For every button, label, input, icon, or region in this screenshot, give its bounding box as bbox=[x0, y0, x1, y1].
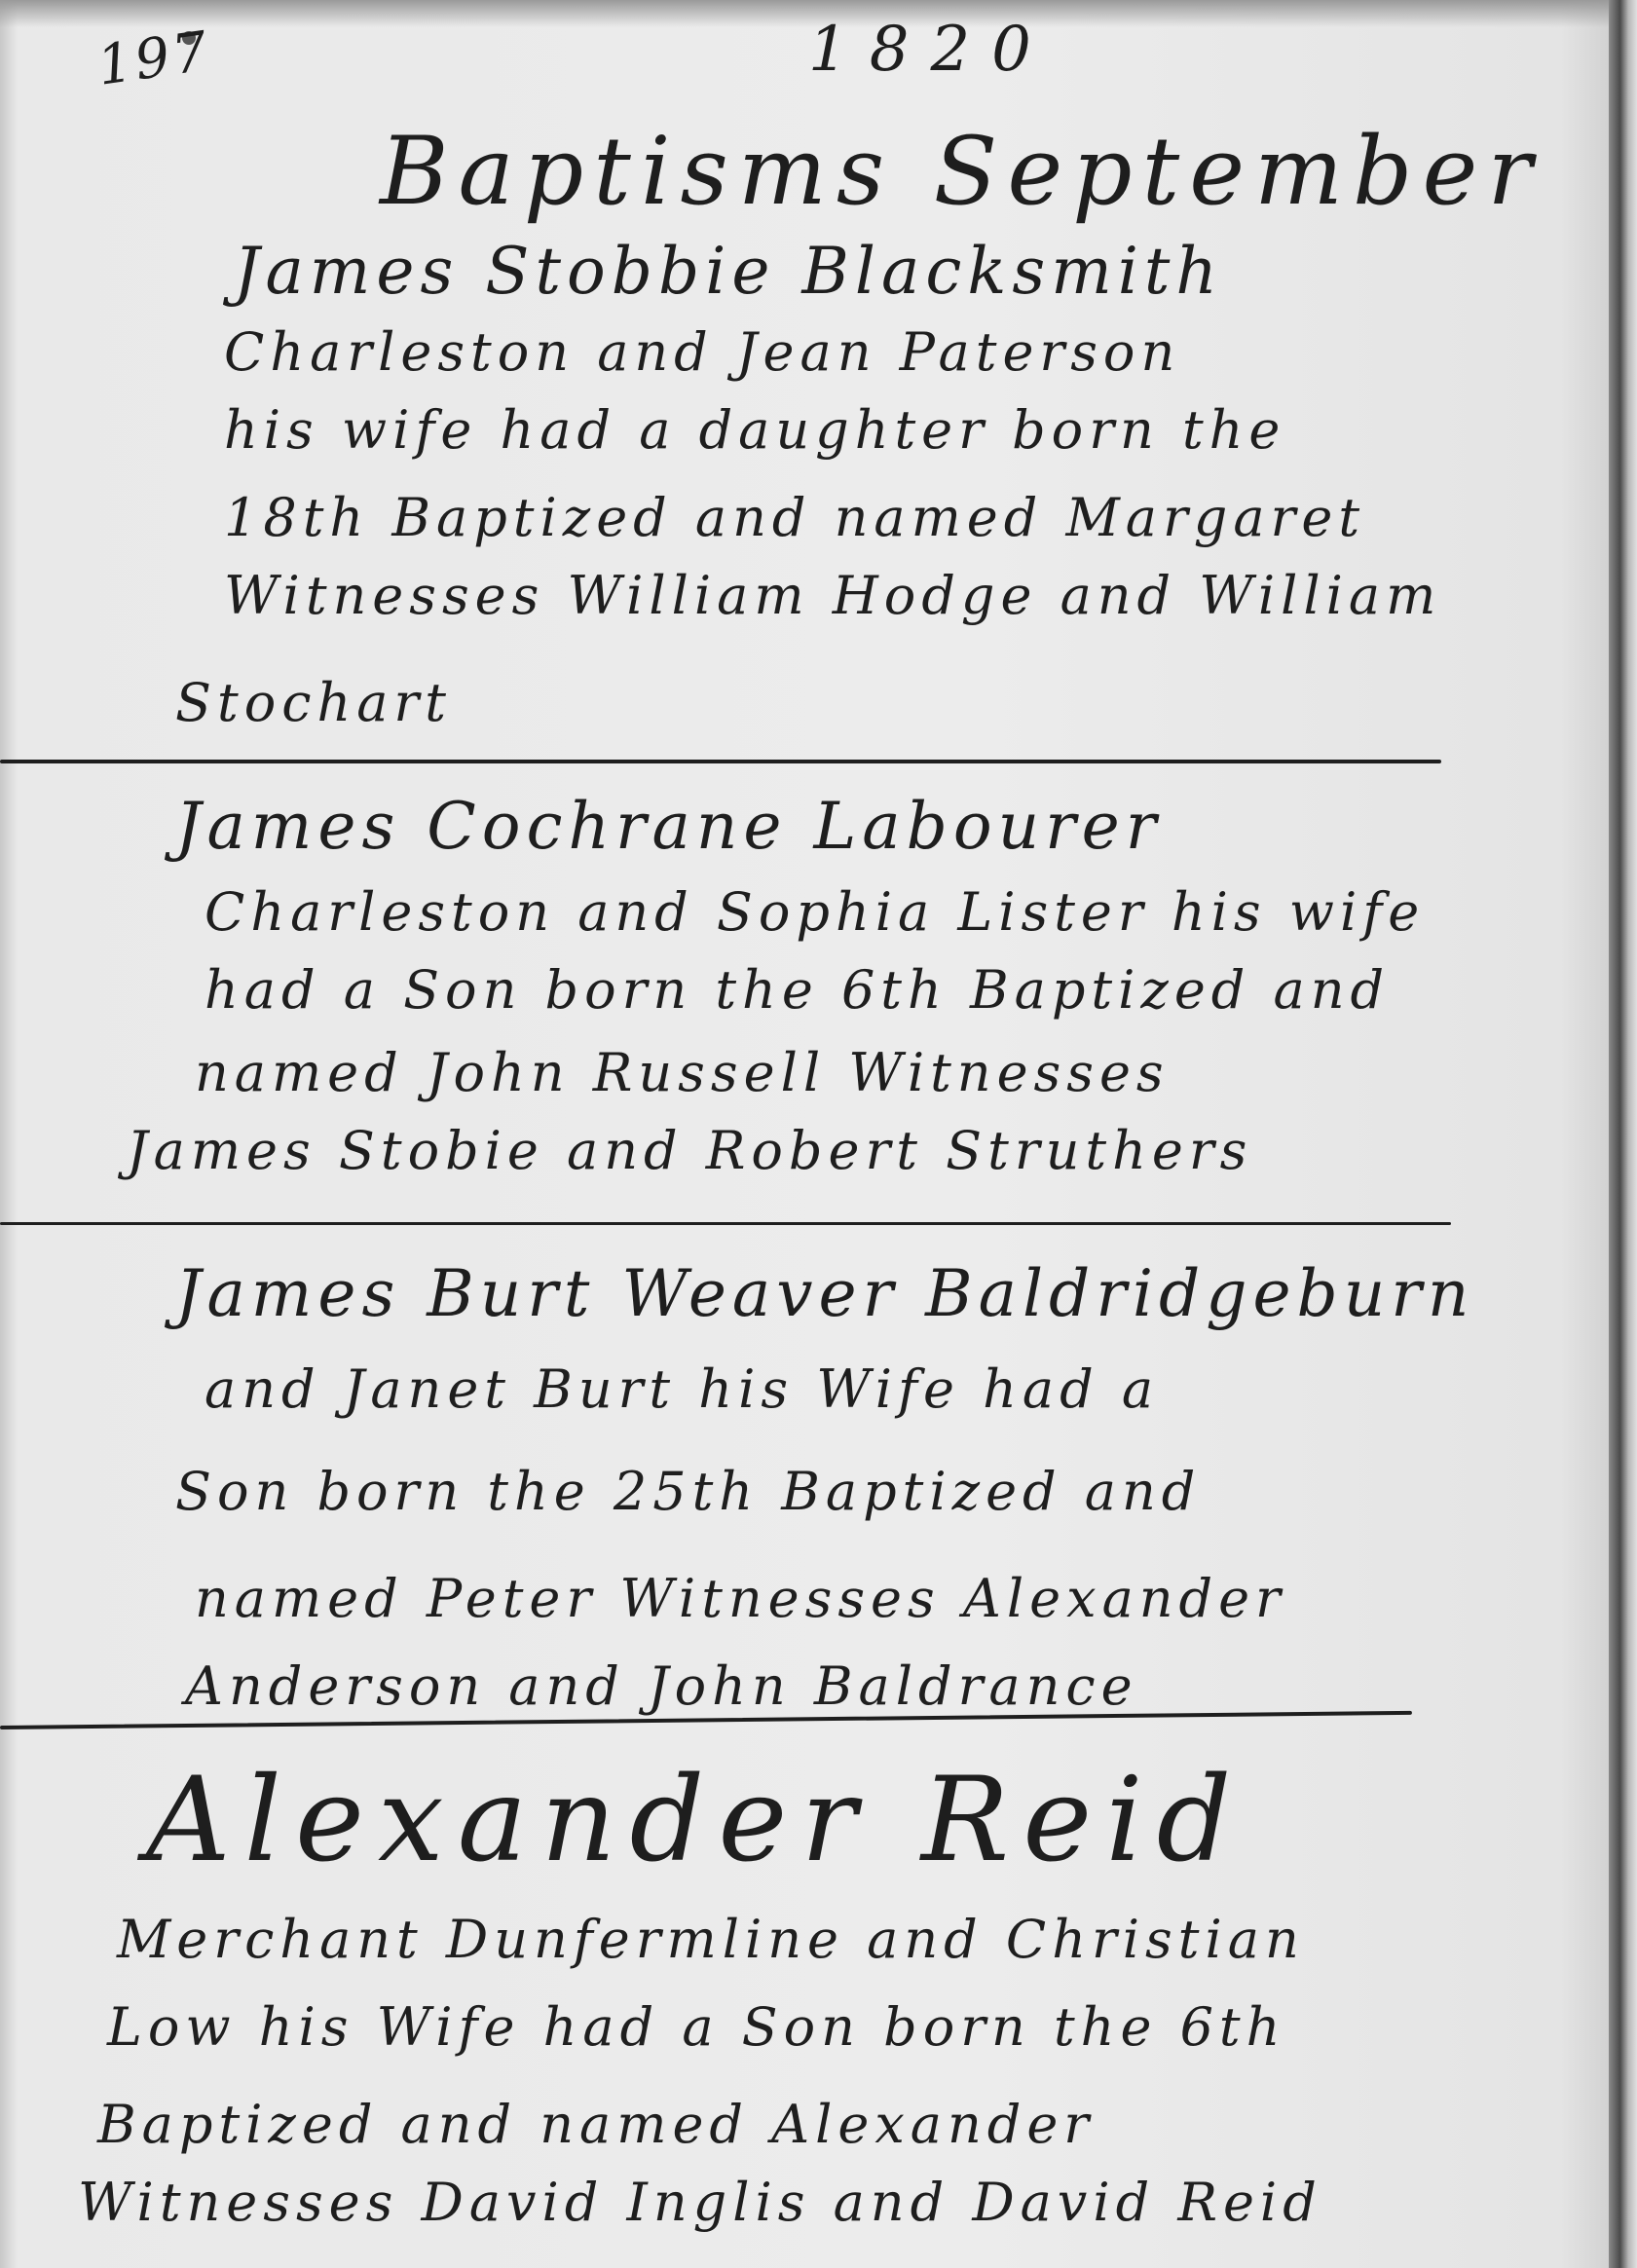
entry-line: Merchant Dunfermline and Christian bbox=[117, 1909, 1305, 1970]
entry-line: named John Russell Witnesses bbox=[195, 1042, 1170, 1103]
entry-line: Witnesses David Inglis and David Reid bbox=[78, 2172, 1322, 2233]
entry-line: Son born the 25th Baptized and bbox=[175, 1461, 1201, 1522]
page-number: 197 bbox=[93, 19, 214, 97]
entry-line: and Janet Burt his Wife had a bbox=[205, 1358, 1159, 1420]
entry-line: James Cochrane Labourer bbox=[175, 789, 1162, 864]
entry-line: Charleston and Sophia Lister his wife bbox=[205, 881, 1425, 943]
entry-line: James Stobie and Robert Struthers bbox=[127, 1120, 1252, 1181]
entry-line: James Burt Weaver Baldridgeburn bbox=[175, 1256, 1474, 1331]
entry-line: Low his Wife had a Son born the 6th bbox=[107, 1996, 1285, 2058]
entry-line: 18th Baptized and named Margaret bbox=[224, 487, 1365, 548]
year-heading: 1820 bbox=[808, 14, 1053, 86]
entry-line: Baptized and named Alexander bbox=[97, 2094, 1095, 2155]
entry-divider bbox=[0, 760, 1441, 763]
entry-line: Anderson and John Baldrance bbox=[185, 1655, 1138, 1717]
entry-divider bbox=[0, 1222, 1451, 1225]
entry-line: named Peter Witnesses Alexander bbox=[195, 1568, 1286, 1629]
entry-line: his wife had a daughter born the bbox=[224, 399, 1285, 461]
register-page: 197 1820 Baptisms September James Stobbi… bbox=[0, 0, 1609, 2268]
entry-line: James Stobbie Blacksmith bbox=[234, 234, 1223, 309]
entry-line: had a Son born the 6th Baptized and bbox=[205, 959, 1390, 1021]
book-spine-edge bbox=[1609, 0, 1637, 2268]
entry-line: Charleston and Jean Paterson bbox=[224, 321, 1180, 383]
entry-line: Stochart bbox=[175, 672, 452, 733]
page-title: Baptisms September bbox=[380, 117, 1542, 226]
entry-line: Alexander Reid bbox=[146, 1753, 1245, 1888]
entry-line: Witnesses William Hodge and William bbox=[224, 565, 1441, 626]
